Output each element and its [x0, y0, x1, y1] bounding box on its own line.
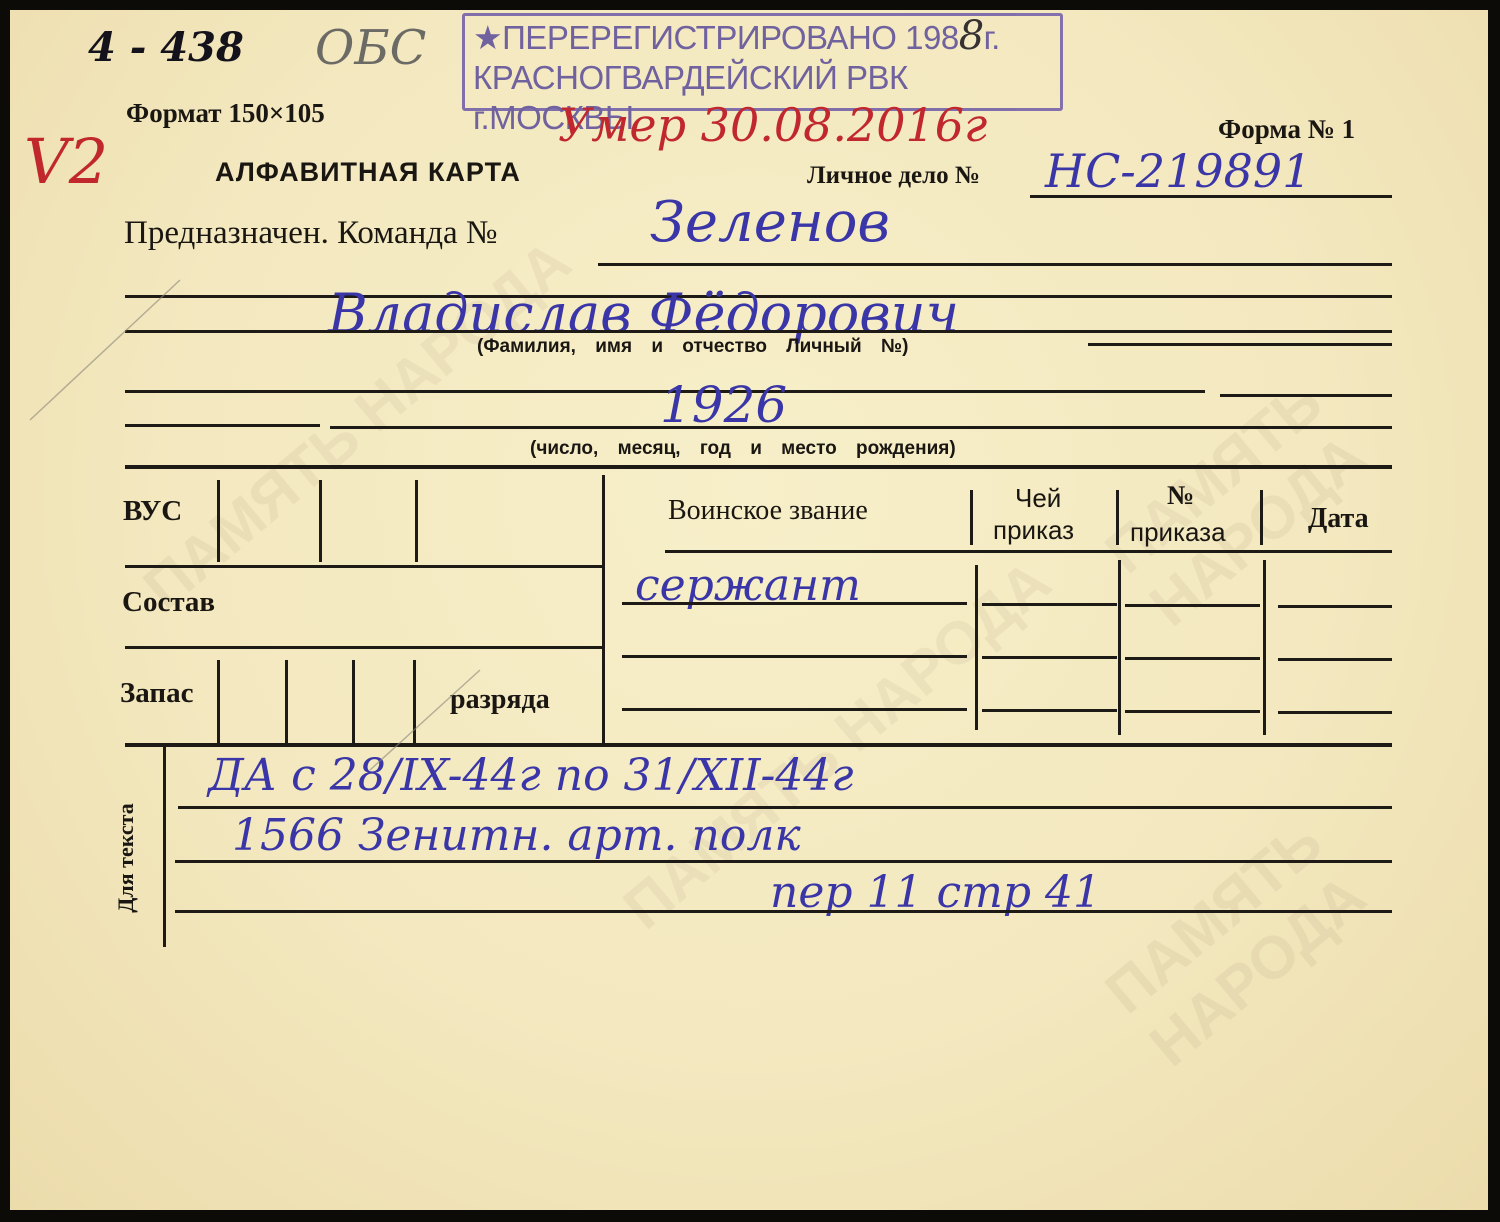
- alphabetical-card: ПАМЯТЬ НАРОДА ПАМЯТЬ НАРОДА ПАМЯТЬ НАРОД…: [10, 10, 1488, 1210]
- pencil-strokes: [10, 10, 1488, 1210]
